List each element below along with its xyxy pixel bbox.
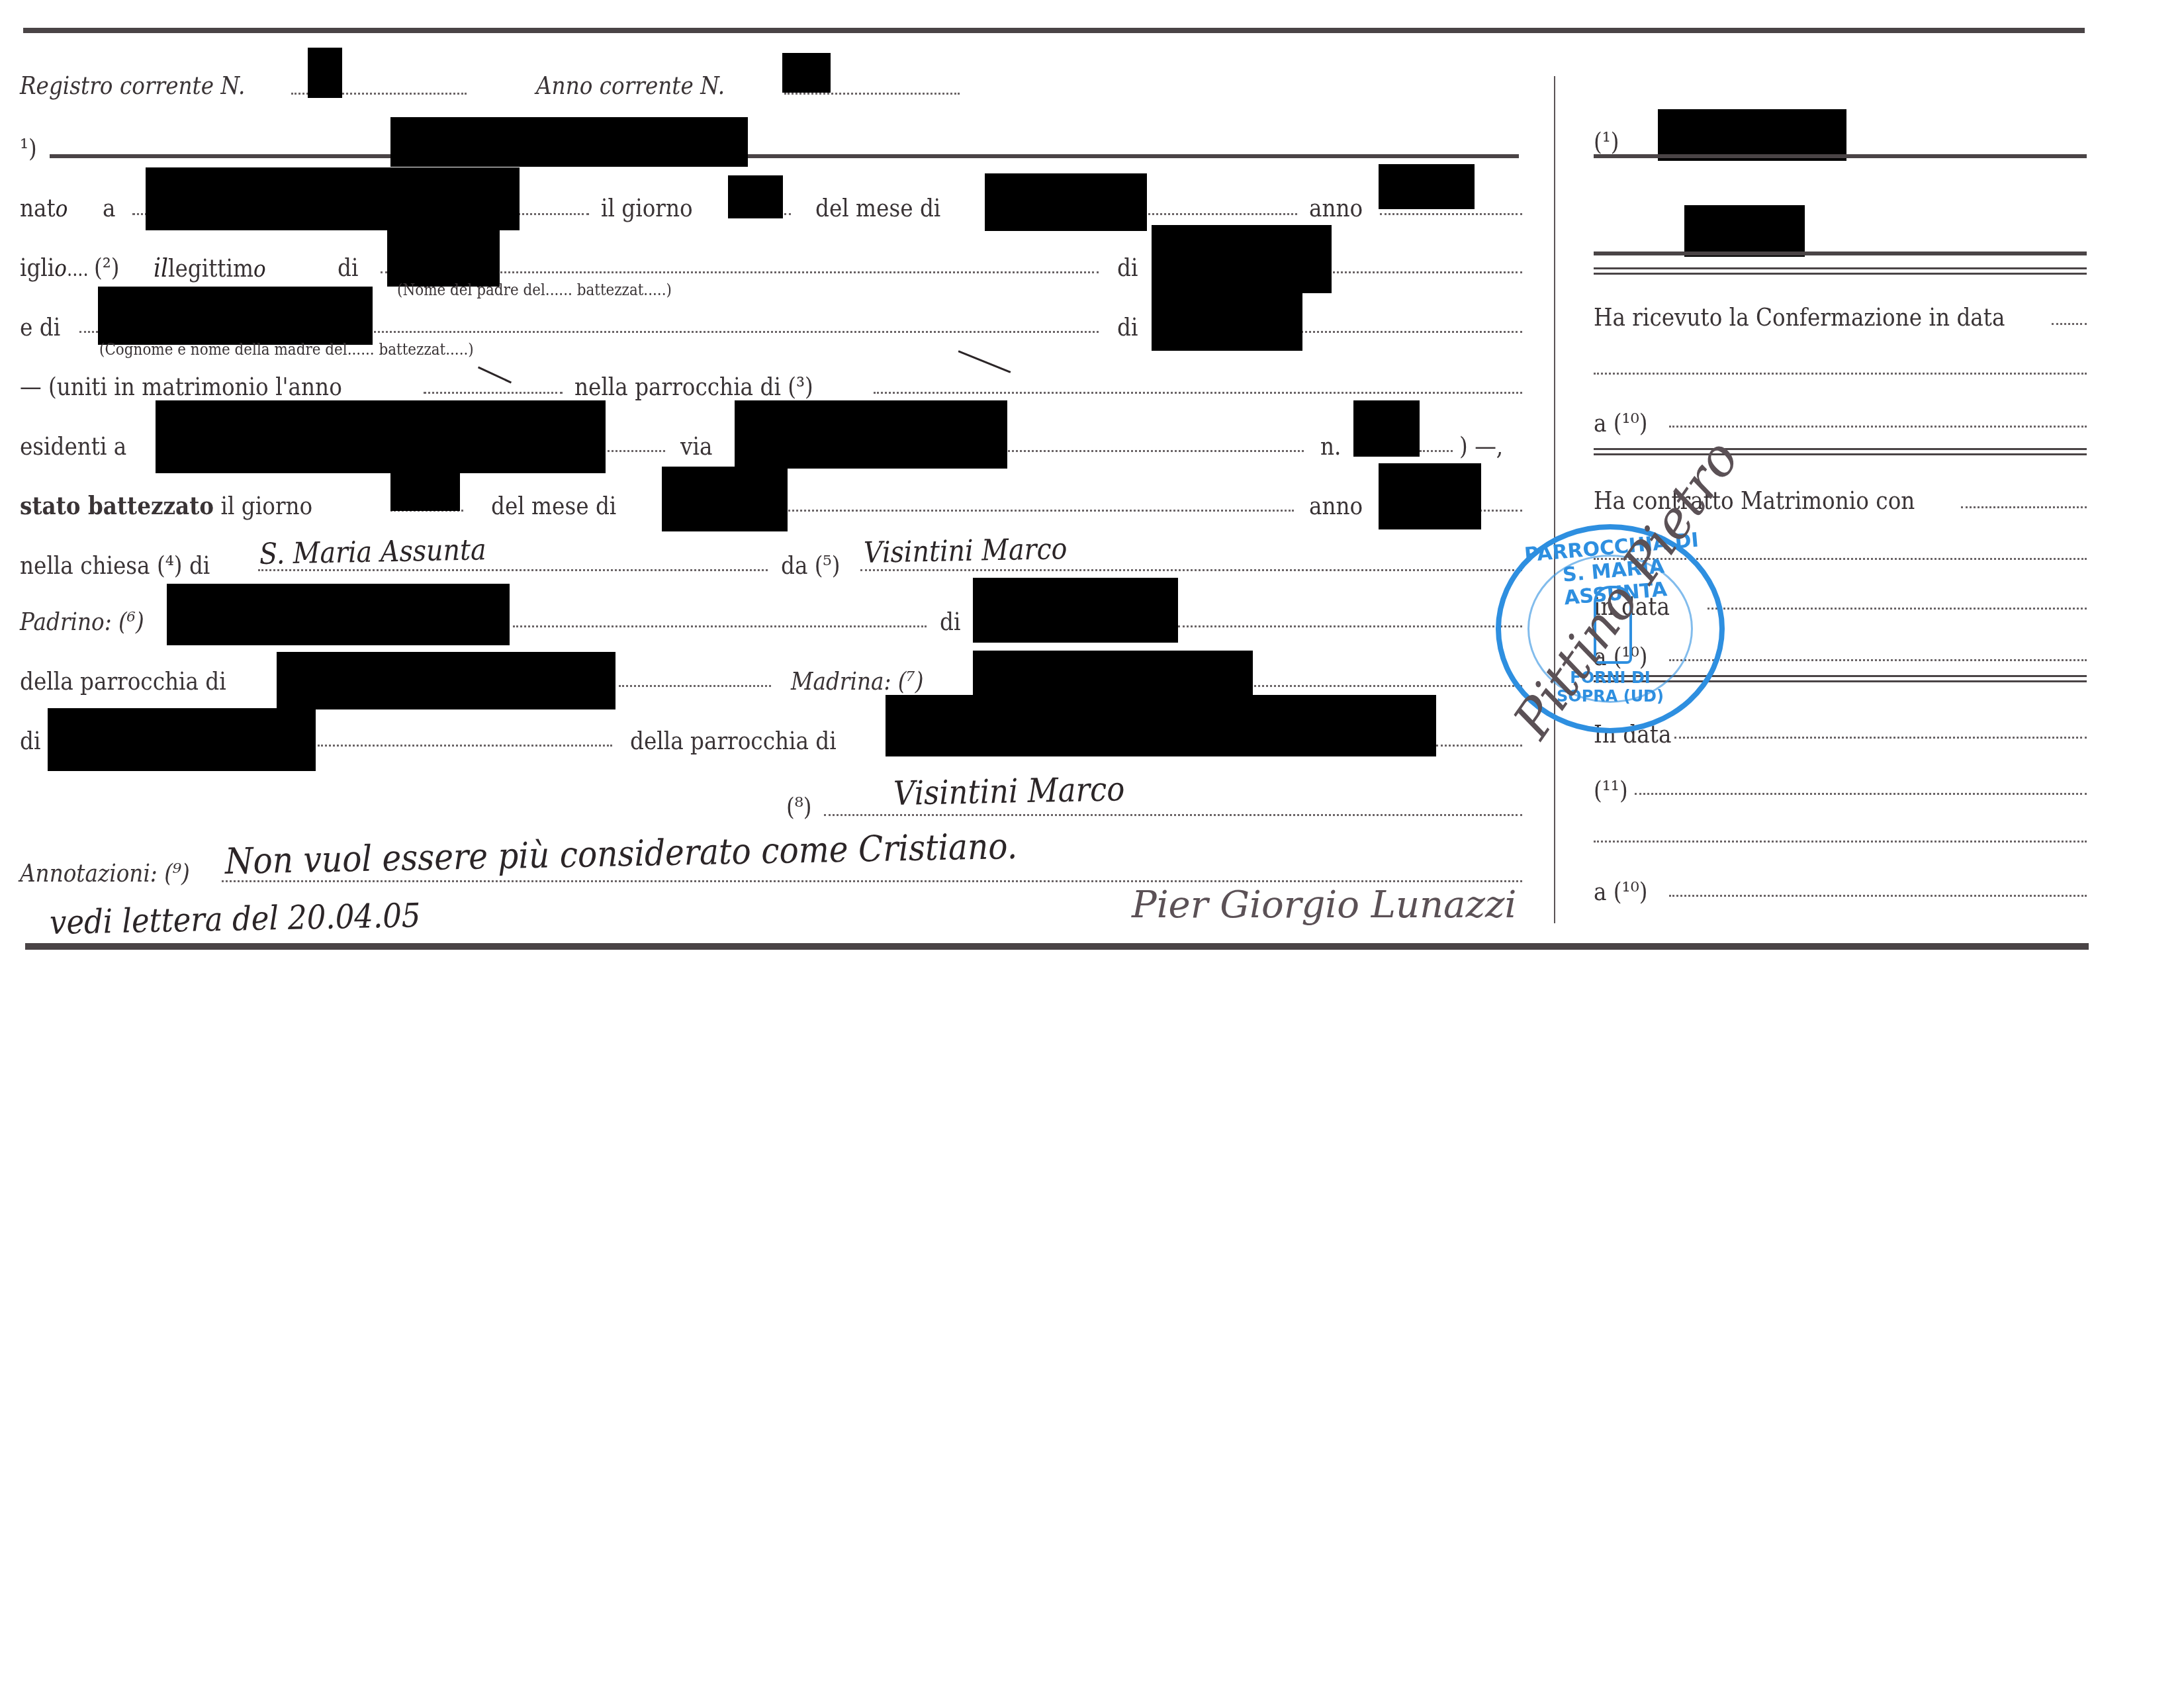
padrino-cognome-field[interactable]: [1178, 625, 1522, 627]
anno-nascita-field[interactable]: [1380, 213, 1522, 215]
padrino-field[interactable]: [513, 625, 927, 627]
padre-caption: (Nome del padre del...... battezzat.....…: [397, 281, 672, 298]
right-double-line-d: [1594, 453, 2087, 455]
parrocchia-padrino-field[interactable]: [619, 685, 771, 687]
celebrante-handwritten: Visintini Marco: [864, 532, 1068, 570]
di-padre-label: di: [338, 255, 358, 280]
right-footnote-1: (¹): [1594, 129, 1619, 154]
strike-mark-2: [958, 350, 1011, 373]
confermazione-data-field[interactable]: [2052, 323, 2087, 325]
anno-corrente-label: Anno corrente N.: [536, 73, 725, 98]
firma-field[interactable]: [824, 814, 1522, 816]
anno-battesimo-label: anno: [1309, 493, 1363, 518]
matrimonio-luogo-field[interactable]: [1669, 659, 2087, 661]
madre-caption: (Cognome e nome della madre del...... ba…: [99, 341, 474, 357]
redacted-parrocchia-madrina: [886, 695, 1436, 756]
di-padrino-label: di: [940, 609, 960, 634]
redacted-via: [735, 400, 1007, 469]
right-double-line-c: [1594, 448, 2087, 450]
via-label: via: [680, 434, 712, 459]
di-madre-2-label: di: [1117, 314, 1138, 340]
di-padre-2-label: di: [1117, 255, 1138, 280]
redacted-giorno-battesimo: [390, 470, 460, 511]
strike-mark: [478, 367, 512, 384]
bottom-border-line: [25, 943, 2089, 950]
annotazione-2-handwritten: vedi lettera del 20.04.05: [50, 896, 421, 942]
column-divider: [1554, 76, 1555, 923]
del-mese-di-label: del mese di: [815, 195, 940, 220]
annotazioni-field[interactable]: [222, 880, 1522, 882]
redacted-madrina-cognome: [48, 708, 316, 771]
redacted-name: [390, 117, 748, 167]
right-underline-2: [1594, 251, 2087, 255]
footnote-8-marker: (⁸): [786, 794, 812, 819]
chiesa-handwritten: S. Maria Assunta: [259, 533, 486, 571]
redacted-registro-number: [308, 48, 342, 98]
redacted-anno-number: [782, 53, 831, 93]
anno-corrente-field[interactable]: [784, 93, 960, 95]
e-di-label: e di: [20, 314, 60, 340]
redacted-giorno-nascita: [728, 175, 783, 218]
redacted-padre-cognome: [1152, 225, 1332, 293]
redacted-padrino: [167, 584, 510, 645]
redacted-madre: [98, 287, 373, 345]
confermazione-data-field-2[interactable]: [1594, 373, 2087, 375]
padrino-label: Padrino: (⁶): [20, 609, 144, 634]
luogo-11-field[interactable]: [1669, 895, 2087, 897]
nella-chiesa-label: nella chiesa (⁴) di: [20, 553, 210, 578]
coniuge-field[interactable]: [1961, 506, 2087, 508]
confermazione-luogo-field[interactable]: [1669, 426, 2087, 428]
registro-label: Registro corrente N.: [20, 73, 245, 98]
field-11[interactable]: [1635, 793, 2087, 795]
right-name-underline: [1594, 154, 2087, 158]
firma-handwritten: Visintini Marco: [893, 770, 1125, 813]
nato-label: nato: [20, 195, 68, 221]
right-double-line-b: [1594, 273, 2087, 275]
figlio-label: iglio.... (²): [20, 255, 120, 281]
di-madrina-label: di: [20, 728, 40, 753]
a10-label-1: a (¹⁰): [1594, 410, 1648, 435]
close-paren: ) —,: [1459, 434, 1503, 459]
firma-2-handwritten: Pier Giorgio Lunazzi: [1132, 884, 1516, 927]
redacted-madre-cognome: [1152, 291, 1302, 351]
parrocchia-madrina-field[interactable]: [1436, 745, 1522, 747]
a-label: a: [103, 195, 115, 220]
da-label: da (⁵): [781, 553, 840, 578]
redacted-right-field: [1684, 205, 1805, 257]
redacted-padrino-cognome: [973, 578, 1178, 643]
numero-field[interactable]: [1420, 450, 1453, 452]
redacted-anno-nascita: [1379, 164, 1475, 209]
top-border-line: [23, 28, 2085, 33]
redacted-padre-a: [387, 199, 500, 242]
celebrante-field[interactable]: [860, 569, 1522, 571]
matrimonio-data-field[interactable]: [1707, 608, 2087, 610]
parrocchia-matrimonio-field[interactable]: [874, 392, 1522, 394]
del-mese-di-2-label: del mese di: [491, 493, 616, 518]
madrina-label: Madrina: (⁷): [791, 668, 923, 694]
redacted-anno-battesimo: [1379, 463, 1481, 529]
data-field-11[interactable]: [1674, 737, 2087, 739]
redacted-mese-battesimo: [662, 467, 788, 531]
annotazioni-label: Annotazioni: (⁹): [20, 860, 190, 886]
field-11-b[interactable]: [1594, 841, 2087, 843]
anno-nascita-label: anno: [1309, 195, 1363, 220]
madrina-cognome-field[interactable]: [318, 745, 612, 747]
a10-label-3: a (¹⁰): [1594, 879, 1648, 904]
della-parrocchia-label: della parrocchia di: [20, 668, 226, 694]
matrimonio-label: Ha contratto Matrimonio con: [1594, 488, 1915, 513]
della-parrocchia-2-label: della parrocchia di: [630, 728, 837, 753]
numero-label: n.: [1320, 434, 1341, 459]
redacted-numero: [1353, 400, 1420, 457]
annotazione-handwritten: Non vuol essere più considerato come Cri…: [225, 825, 1018, 882]
confermazione-label: Ha ricevuto la Confermazione in data: [1594, 304, 2005, 330]
footnote-1-marker: ¹): [20, 136, 37, 161]
anno-matrimonio-field[interactable]: [424, 392, 563, 394]
uniti-label: — (uniti in matrimonio l'anno: [20, 374, 342, 399]
residenti-label: esidenti a: [20, 434, 126, 459]
il-giorno-label: il giorno: [601, 195, 693, 220]
madrina-field[interactable]: [1254, 685, 1522, 687]
stato-battezzato-label: stato battezzato il giorno: [20, 493, 312, 518]
footnote-11-marker: (¹¹): [1594, 778, 1628, 803]
right-double-line-a: [1594, 267, 2087, 269]
nella-parrocchia-label: nella parrocchia di (³): [574, 374, 813, 399]
name-underline: [50, 154, 1519, 158]
legittimo-label: illegittimo: [154, 255, 266, 281]
redacted-parrocchia-padrino: [277, 652, 615, 709]
redacted-right-name: [1658, 109, 1846, 161]
redacted-mese-nascita: [985, 173, 1147, 231]
redacted-residenza: [156, 400, 606, 473]
